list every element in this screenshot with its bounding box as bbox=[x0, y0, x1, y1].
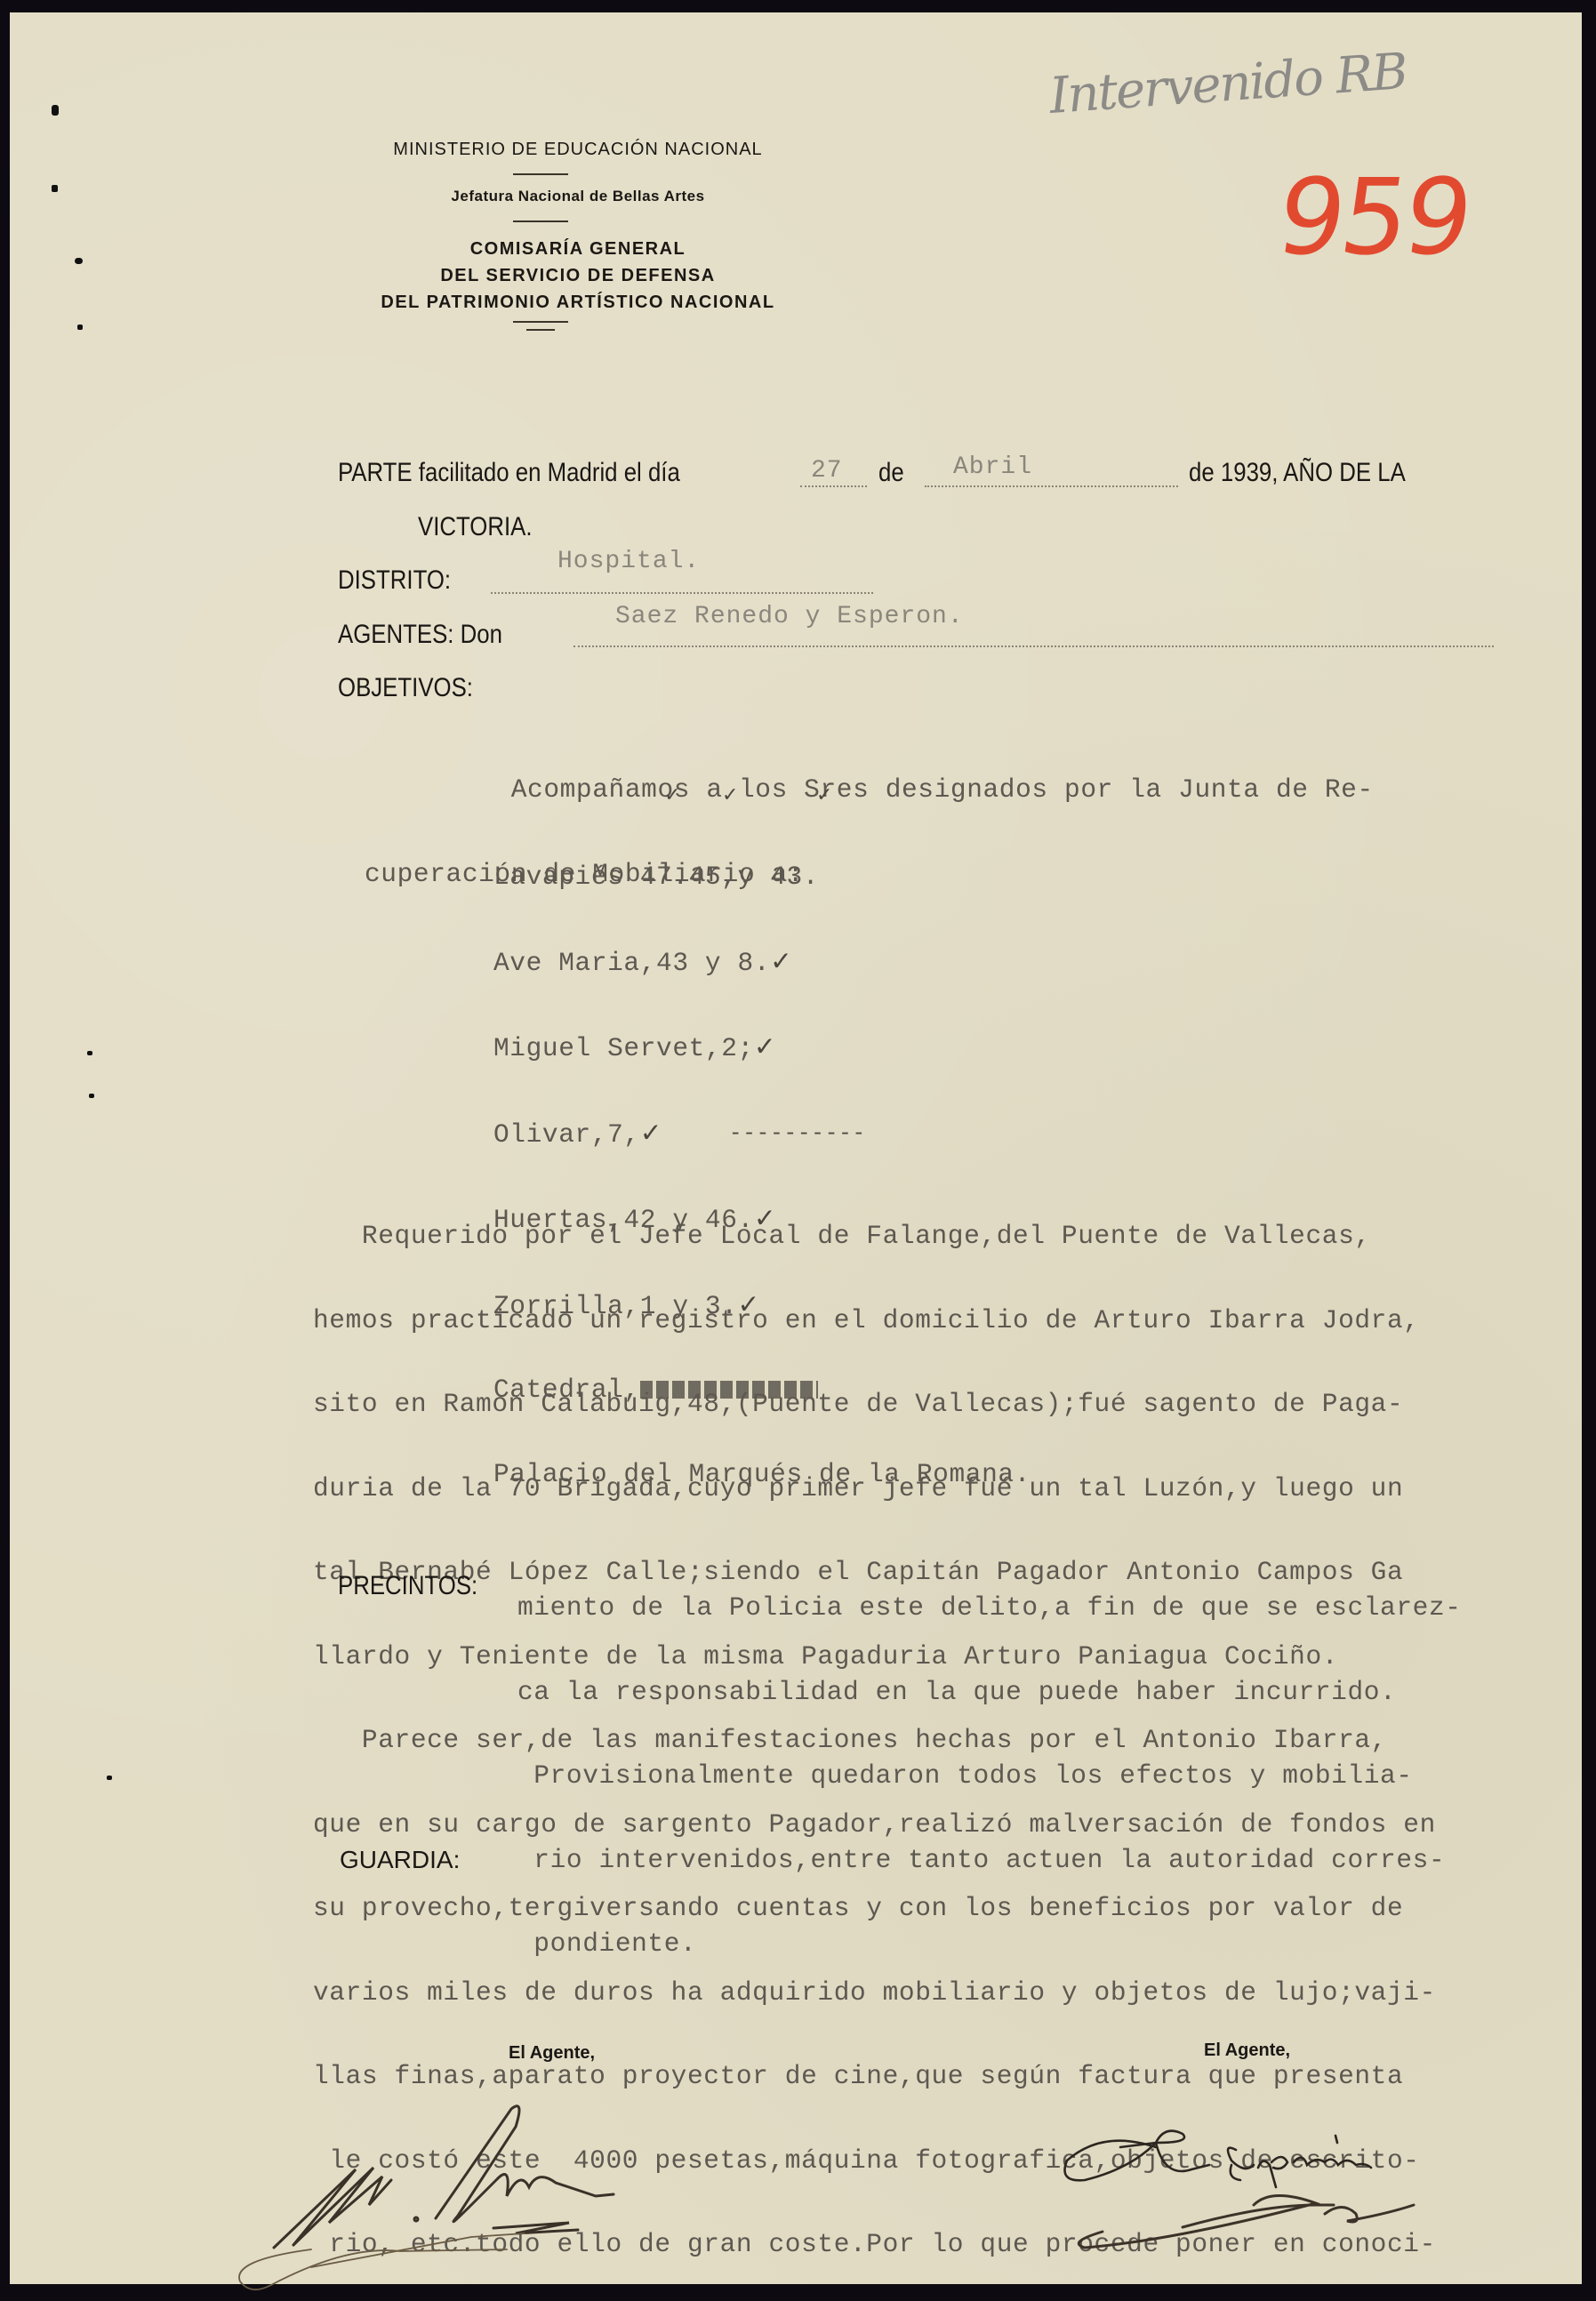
punch-mark bbox=[107, 1776, 112, 1780]
letterhead-office: Jefatura Nacional de Bellas Artes bbox=[342, 188, 814, 205]
commission-line-2: DEL SERVICIO DE DEFENSA bbox=[342, 262, 814, 289]
address-item: Ave Maria,43 y 8.✓ bbox=[493, 948, 1031, 978]
precintos-body: miento de la Policia este delito,a fin d… bbox=[517, 1538, 1462, 1986]
parte-label: PARTE facilitado en Madrid el día bbox=[338, 458, 680, 488]
letterhead-rule bbox=[513, 220, 568, 222]
precintos-line: miento de la Policia este delito,a fin d… bbox=[517, 1594, 1462, 1623]
day-value: 27 bbox=[811, 457, 843, 485]
commission-line-1: COMISARÍA GENERAL bbox=[342, 236, 814, 262]
agent-label-left: El Agente, bbox=[509, 2043, 595, 2064]
address-item: Lavapiés 47.45,y 43. bbox=[493, 863, 1031, 892]
letterhead-rule bbox=[513, 321, 568, 323]
folio-number: 959 bbox=[1270, 156, 1477, 278]
agentes-label: AGENTES: Don bbox=[338, 620, 502, 650]
checkmark-icon: ✓ bbox=[770, 946, 792, 976]
punch-mark bbox=[77, 325, 83, 330]
report-line: sito en Ramon Calabuig,48,(Puente de Val… bbox=[313, 1391, 1436, 1419]
month-field-line bbox=[925, 485, 1178, 487]
punch-mark bbox=[89, 1094, 94, 1098]
precintos-label: PRECINTOS: bbox=[338, 1571, 477, 1601]
letterhead-rule bbox=[513, 173, 568, 175]
letterhead-rule bbox=[526, 329, 555, 331]
commission-line-3: DEL PATRIMONIO ARTÍSTICO NACIONAL bbox=[342, 289, 814, 316]
agentes-value: Saez Renedo y Esperon. bbox=[615, 603, 964, 630]
letterhead-ministry: MINISTERIO DE EDUCACIÓN NACIONAL bbox=[342, 140, 814, 160]
agent-label-right: El Agente, bbox=[1204, 2040, 1290, 2061]
precintos-line: ca la responsabilidad en la que puede ha… bbox=[517, 1679, 1462, 1707]
address-item: Miguel Servet,2;✓ bbox=[493, 1033, 1031, 1063]
guardia-label: GUARDIA: bbox=[340, 1846, 460, 1874]
precintos-line: rio intervenidos,entre tanto actuen la a… bbox=[517, 1847, 1462, 1875]
punch-mark bbox=[87, 1051, 92, 1055]
precintos-line: Provisionalmente quedaron todos los efec… bbox=[517, 1762, 1462, 1791]
distrito-label: DISTRITO: bbox=[338, 565, 451, 596]
distrito-field-line bbox=[491, 592, 873, 594]
checkmark-icon: ✓ bbox=[640, 1118, 662, 1148]
checkmark-icon: ✓ bbox=[664, 784, 680, 806]
objetivos-label: OBJETIVOS: bbox=[338, 673, 473, 703]
victoria-label: VICTORIA. bbox=[418, 512, 533, 542]
month-value: Abril bbox=[953, 453, 1032, 481]
section-separator: ---------- bbox=[729, 1122, 866, 1146]
checkmark-icon: ✓ bbox=[816, 784, 832, 806]
signature-right bbox=[1049, 2081, 1423, 2258]
de-label: de bbox=[878, 458, 904, 488]
agentes-field-line bbox=[573, 645, 1494, 647]
punch-mark bbox=[52, 105, 59, 116]
checkmark-icon: ✓ bbox=[754, 1031, 776, 1062]
year-label: de 1939, AÑO DE LA bbox=[1189, 458, 1406, 488]
intro-line: Acompañamos a los Sres designados por la… bbox=[365, 776, 1374, 805]
report-line: Requerido por el Jefe Local de Falange,d… bbox=[313, 1223, 1436, 1251]
precintos-line: pondiente. bbox=[517, 1930, 1462, 1959]
report-line: duria de la 70 Brigada,cuyo primer jefe … bbox=[313, 1475, 1436, 1503]
punch-mark bbox=[75, 258, 83, 264]
letterhead-commission: COMISARÍA GENERAL DEL SERVICIO DE DEFENS… bbox=[342, 236, 814, 316]
report-line: hemos practicado un registro en el domic… bbox=[313, 1307, 1436, 1335]
day-field-line bbox=[800, 485, 867, 487]
distrito-value: Hospital. bbox=[557, 548, 700, 575]
punch-mark bbox=[52, 185, 58, 192]
signature-left bbox=[205, 2063, 667, 2258]
checkmark-icon: ✓ bbox=[722, 784, 738, 806]
